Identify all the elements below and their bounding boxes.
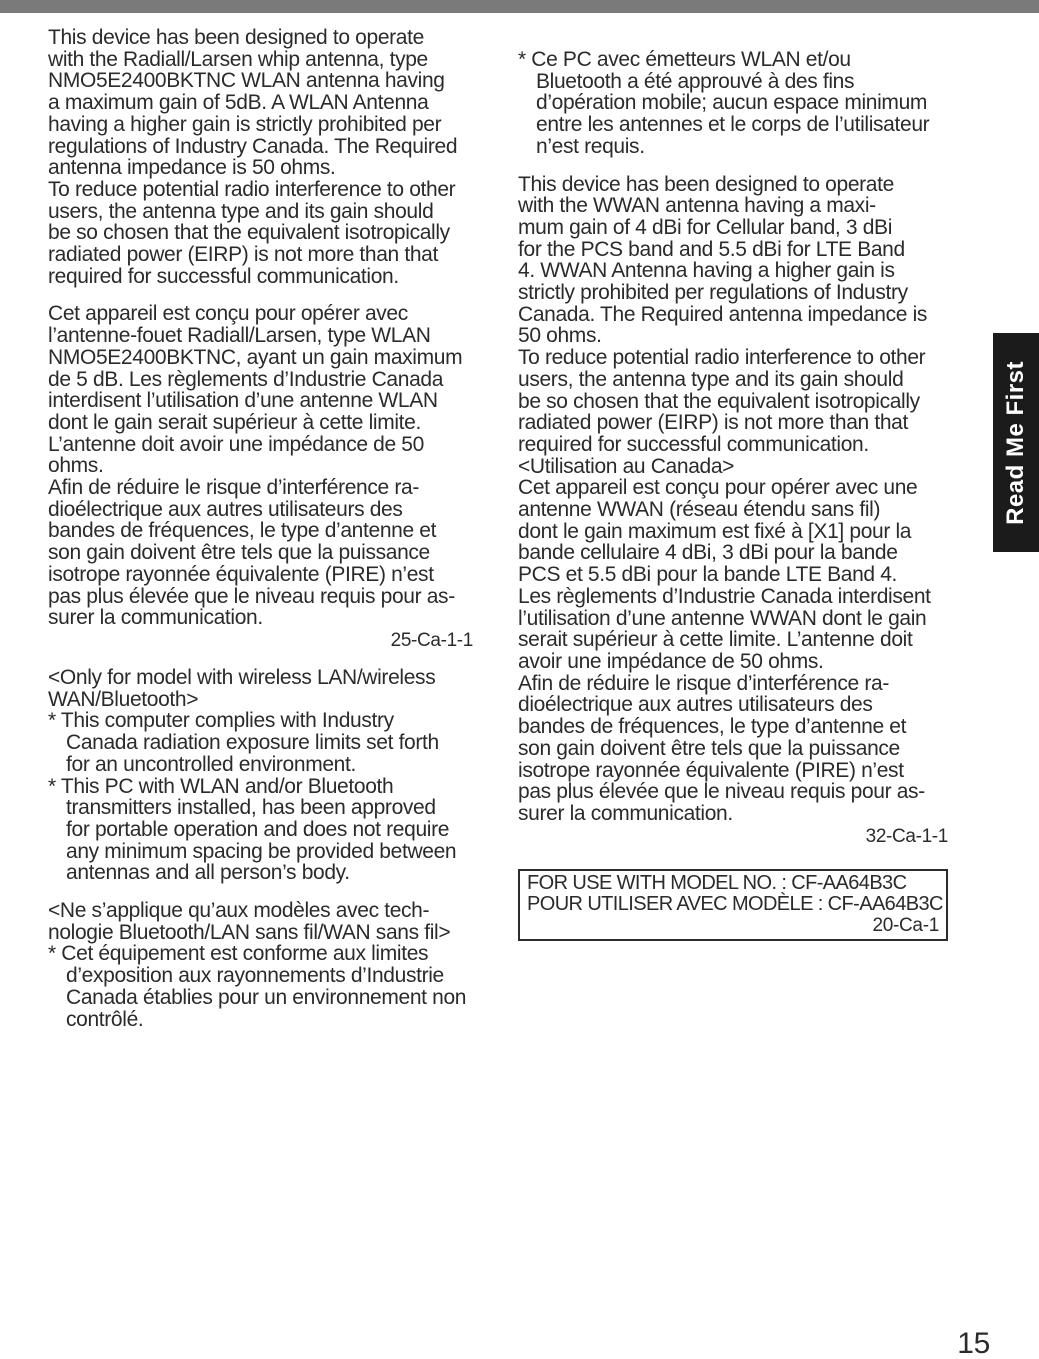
- text-line: WAN/Bluetooth>: [48, 689, 473, 711]
- paragraph: This device has been designed to operate…: [518, 174, 948, 825]
- text-line: Canada. The Required antenna impedance i…: [518, 304, 948, 326]
- page-number: 15: [957, 1327, 990, 1359]
- text-line: pas plus élevée que le niveau requis pou…: [48, 586, 473, 608]
- text-line: POUR UTILISER AVEC MODÈLE : CF-AA64B3C: [527, 894, 939, 916]
- text-line: required for successful communication.: [518, 434, 948, 456]
- text-line: dioélectrique aux autres utilisateurs de…: [48, 499, 473, 521]
- text-line: L’antenne doit avoir une impédance de 50: [48, 434, 473, 456]
- text-line: required for successful communication.: [48, 266, 473, 288]
- text-line: surer la communication.: [48, 607, 473, 629]
- text-line: son gain doivent être tels que la puissa…: [518, 738, 948, 760]
- text-line: be so chosen that the equivalent isotrop…: [518, 391, 948, 413]
- paragraph: This device has been designed to operate…: [48, 27, 473, 287]
- text-line: interdisent l’utilisation d’une antenne …: [48, 390, 473, 412]
- text-line: pas plus élevée que le niveau requis pou…: [518, 781, 948, 803]
- text-line: antenna impedance is 50 ohms.: [48, 157, 473, 179]
- text-line: This device has been designed to operate: [48, 27, 473, 49]
- text-line: antenne WWAN (réseau étendu sans fil): [518, 499, 948, 521]
- text-line: Cet appareil est conçu pour opérer avec …: [518, 477, 948, 499]
- list-item: * This computer complies with IndustryCa…: [48, 710, 473, 775]
- text-line: <Only for model with wireless LAN/wirele…: [48, 667, 473, 689]
- text-line: for portable operation and does not requ…: [66, 819, 473, 841]
- text-line: for an uncontrolled environment.: [66, 754, 473, 776]
- text-line: Les règlements d’Industrie Canada interd…: [518, 586, 948, 608]
- text-line: l’utilisation d’une antenne WWAN dont le…: [518, 608, 948, 630]
- list-item: * Ce PC avec émetteurs WLAN et/ouBluetoo…: [518, 49, 948, 158]
- text-line: dioélectrique aux autres utilisateurs de…: [518, 694, 948, 716]
- text-line: NMO5E2400BKTNC WLAN antenna having: [48, 70, 473, 92]
- read-me-first-tab: Read Me First: [993, 333, 1039, 552]
- text-line: 25-Ca-1-1: [48, 631, 473, 651]
- text-line: 32-Ca-1-1: [518, 827, 948, 847]
- text-line: transmitters installed, has been approve…: [66, 797, 473, 819]
- top-bar: [0, 0, 1039, 13]
- text-line: a maximum gain of 5dB. A WLAN Antenna: [48, 92, 473, 114]
- text-line: 50 ohms.: [518, 325, 948, 347]
- text-line: users, the antenna type and its gain sho…: [48, 201, 473, 223]
- text-line: entre les antennes et le corps de l’util…: [536, 114, 948, 136]
- text-line: contrôlé.: [66, 1009, 473, 1031]
- text-line: * This PC with WLAN and/or Bluetooth: [66, 776, 473, 798]
- text-line: bandes de fréquences, le type d’antenne …: [518, 716, 948, 738]
- text-line: nologie Bluetooth/LAN sans fil/WAN sans …: [48, 922, 473, 944]
- text-line: any minimum spacing be provided between: [66, 841, 473, 863]
- text-line: strictly prohibited per regulations of I…: [518, 282, 948, 304]
- text-line: isotrope rayonnée équivalente (PIRE) n’e…: [48, 564, 473, 586]
- text-line: serait supérieur à cette limite. L’anten…: [518, 629, 948, 651]
- text-line: n’est requis.: [536, 136, 948, 158]
- text-line: having a higher gain is strictly prohibi…: [48, 114, 473, 136]
- text-line: avoir une impédance de 50 ohms.: [518, 651, 948, 673]
- text-line: Afin de réduire le risque d’interférence…: [48, 477, 473, 499]
- reference-code: 25-Ca-1-1: [48, 631, 473, 651]
- reference-code: 20-Ca-1: [527, 916, 939, 936]
- paragraph: Cet appareil est conçu pour opérer avecl…: [48, 303, 473, 629]
- text-line: bande cellulaire 4 dBi, 3 dBi pour la ba…: [518, 542, 948, 564]
- left-column: This device has been designed to operate…: [48, 27, 473, 1030]
- paragraph: <Only for model with wireless LAN/wirele…: [48, 667, 473, 710]
- text-line: d’exposition aux rayonnements d’Industri…: [66, 965, 473, 987]
- list-item: * Cet équipement est conforme aux limite…: [48, 943, 473, 1030]
- text-line: isotrope rayonnée équivalente (PIRE) n’e…: [518, 760, 948, 782]
- text-line: with the WWAN antenna having a maxi-: [518, 195, 948, 217]
- text-line: 4. WWAN Antenna having a higher gain is: [518, 260, 948, 282]
- text-line: l’antenne-fouet Radiall/Larsen, type WLA…: [48, 325, 473, 347]
- text-line: be so chosen that the equivalent isotrop…: [48, 222, 473, 244]
- text-line: regulations of Industry Canada. The Requ…: [48, 136, 473, 158]
- paragraph: <Ne s’applique qu’aux modèles avec tech-…: [48, 900, 473, 943]
- text-line: surer la communication.: [518, 803, 948, 825]
- text-line: with the Radiall/Larsen whip antenna, ty…: [48, 49, 473, 71]
- read-me-first-tab-label: Read Me First: [1002, 361, 1030, 525]
- right-column: * Ce PC avec émetteurs WLAN et/ouBluetoo…: [518, 49, 948, 941]
- text-line: <Utilisation au Canada>: [518, 456, 948, 478]
- text-line: This device has been designed to operate: [518, 174, 948, 196]
- text-line: Canada radiation exposure limits set for…: [66, 732, 473, 754]
- text-line: NMO5E2400BKTNC, ayant un gain maximum: [48, 347, 473, 369]
- list-item: * This PC with WLAN and/or Bluetoothtran…: [48, 776, 473, 885]
- text-line: dont le gain maximum est fixé à [X1] pou…: [518, 521, 948, 543]
- text-line: antennas and all person’s body.: [66, 862, 473, 884]
- text-line: d’opération mobile; aucun espace minimum: [536, 92, 948, 114]
- text-line: users, the antenna type and its gain sho…: [518, 369, 948, 391]
- text-line: dont le gain serait supérieur à cette li…: [48, 412, 473, 434]
- text-line: for the PCS band and 5.5 dBi for LTE Ban…: [518, 239, 948, 261]
- text-line: ohms.: [48, 455, 473, 477]
- text-line: PCS et 5.5 dBi pour la bande LTE Band 4.: [518, 564, 948, 586]
- text-line: Afin de réduire le risque d’interférence…: [518, 673, 948, 695]
- text-line: To reduce potential radio interference t…: [518, 347, 948, 369]
- text-line: * Ce PC avec émetteurs WLAN et/ou: [536, 49, 948, 71]
- text-line: bandes de fréquences, le type d’antenne …: [48, 520, 473, 542]
- text-line: * This computer complies with Industry: [66, 710, 473, 732]
- text-line: de 5 dB. Les règlements d’Industrie Cana…: [48, 369, 473, 391]
- reference-code: 32-Ca-1-1: [518, 827, 948, 847]
- text-line: <Ne s’applique qu’aux modèles avec tech-: [48, 900, 473, 922]
- text-line: Bluetooth a été approuvé à des fins: [536, 71, 948, 93]
- text-line: * Cet équipement est conforme aux limite…: [66, 943, 473, 965]
- text-line: FOR USE WITH MODEL NO. : CF-AA64B3C: [527, 873, 939, 895]
- text-line: To reduce potential radio interference t…: [48, 179, 473, 201]
- text-line: mum gain of 4 dBi for Cellular band, 3 d…: [518, 217, 948, 239]
- text-line: radiated power (EIRP) is not more than t…: [48, 244, 473, 266]
- text-line: son gain doivent être tels que la puissa…: [48, 542, 473, 564]
- text-line: Canada établies pour un environnement no…: [66, 987, 473, 1009]
- text-line: Cet appareil est conçu pour opérer avec: [48, 303, 473, 325]
- text-line: radiated power (EIRP) is not more than t…: [518, 412, 948, 434]
- model-notice-box: FOR USE WITH MODEL NO. : CF-AA64B3CPOUR …: [518, 869, 948, 941]
